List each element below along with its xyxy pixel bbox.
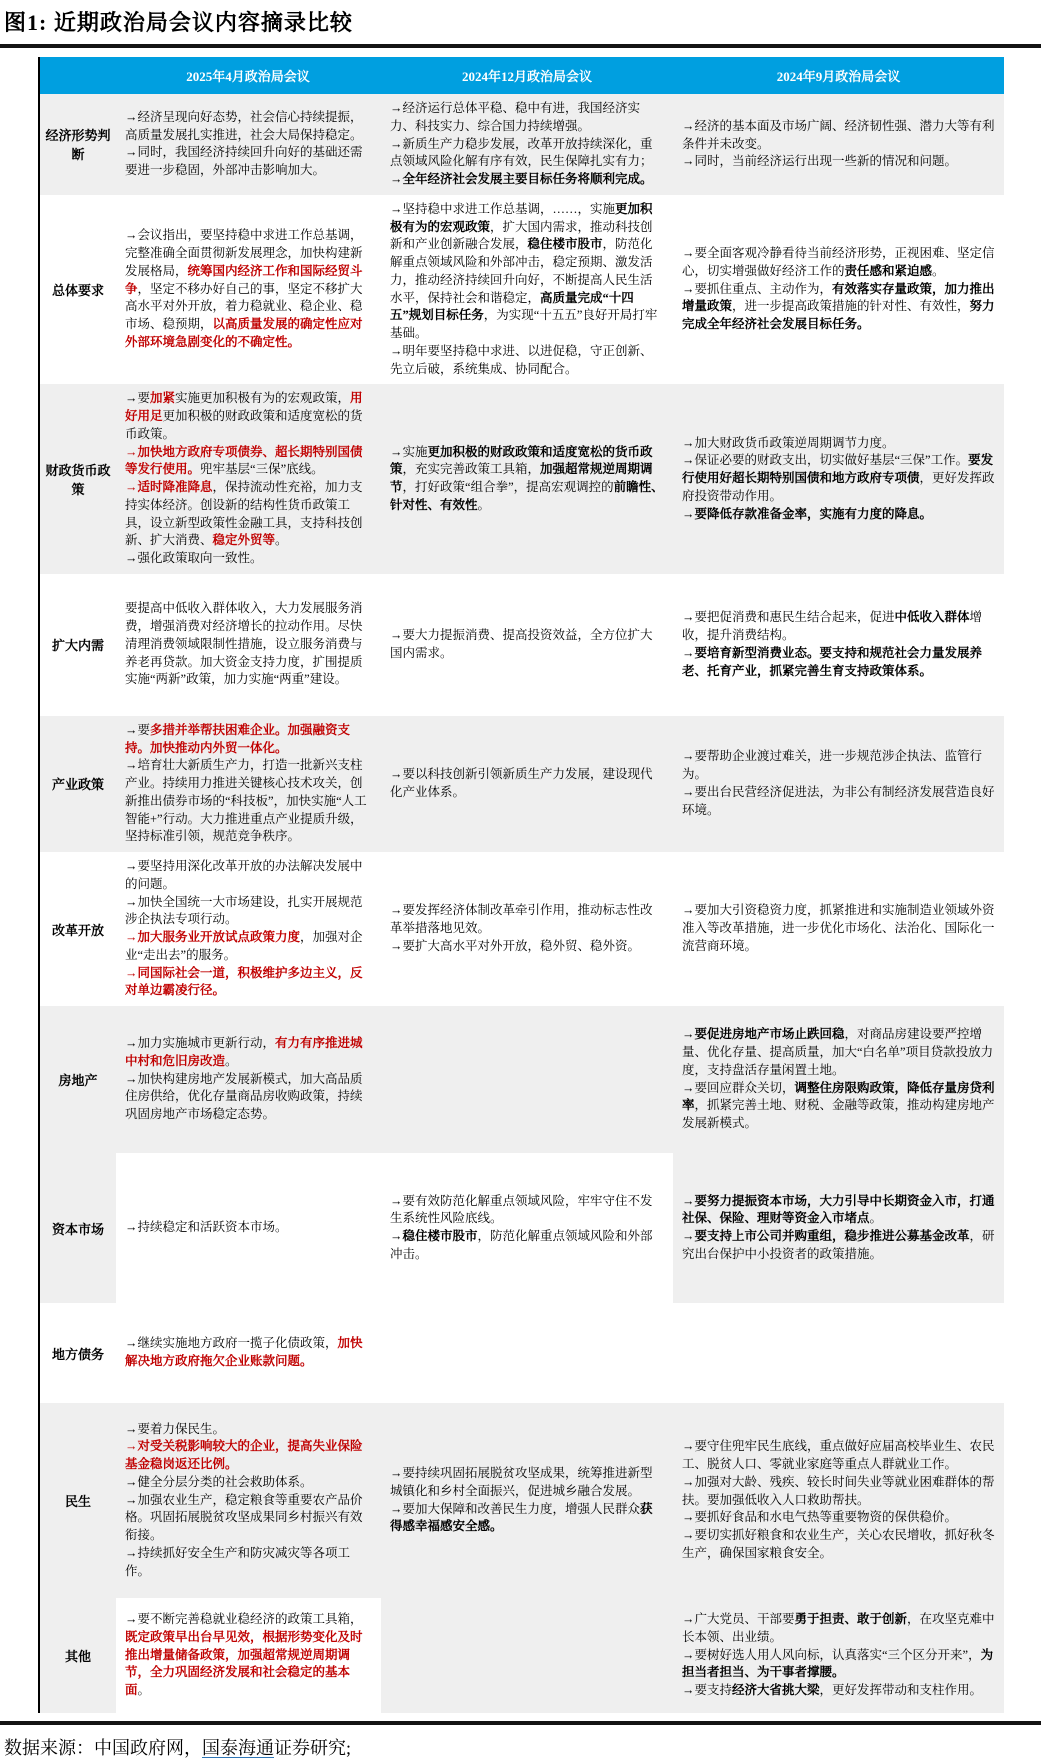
cell-col2: →要大力提振消费、提高投资效益，全方位扩大国内需求。	[381, 574, 673, 716]
cell-col3: →要守住兜牢民生底线，重点做好应届高校毕业生、农民工、脱贫人口、零就业家庭等重点…	[673, 1403, 1004, 1598]
text-segment: →同时，我国经济持续回升向好的基础还需要进一步稳固，外部冲击影响加大。	[125, 145, 363, 177]
cell-paragraph: →要以科技创新引领新质生产力发展，建设现代化产业体系。	[390, 766, 664, 802]
cell-paragraph: →要加紧实施更加积极有为的宏观政策，用好用足更加积极的财政政策和适度宽松的货币政…	[125, 390, 371, 443]
text-segment: 勇于担责、敢于创新	[795, 1612, 908, 1626]
cell-col2: →实施更加积极的财政政策和适度宽松的货币政策，充实完善政策工具箱，加强超常规逆周…	[381, 384, 673, 574]
text-segment: →要全面客观冷静看待当前经济形势，正视困难、坚定信心，切实增强做好经济工作的	[682, 246, 995, 278]
cell-paragraph: →强化政策取向一致性。	[125, 550, 371, 568]
table-row: 房地产→加力实施城市更新行动，有力有序推进城中村和危旧房改造。→加快构建房地产发…	[39, 1006, 1004, 1153]
title-divider	[0, 44, 1041, 48]
text-segment: 稳定外贸等	[213, 533, 276, 547]
text-segment: →加快构建房地产发展新模式，加大高品质住房供给，优化存量商品房收购政策，持续巩固…	[125, 1072, 363, 1122]
text-segment: →要	[125, 723, 150, 737]
text-segment: 稳住楼市股市	[528, 237, 603, 251]
cell-paragraph: →对受关税影响较大的企业，提高失业保险基金稳岗返还比例。	[125, 1438, 371, 1474]
cell-col1: →持续稳定和活跃资本市场。	[116, 1153, 381, 1303]
text-segment: →要着力保民生。	[125, 1422, 225, 1436]
text-segment: 。	[225, 1054, 238, 1068]
cell-paragraph: →经济的基本面及市场广阔、经济韧性强、潜力大等有利条件并未改变。	[682, 118, 995, 154]
text-segment: →要出台民营经济促进法，为非公有制经济发展营造良好环境。	[682, 785, 995, 817]
cell-col1: →要多措并举帮扶困难企业。加强融资支持。加快推动内外贸一体化。→培育壮大新质生产…	[116, 716, 381, 852]
cell-paragraph: →要大力提振消费、提高投资效益，全方位扩大国内需求。	[390, 627, 664, 663]
text-segment: →要促进房地产市场止跌回稳	[682, 1027, 845, 1041]
text-segment: 中低收入群体	[895, 610, 970, 624]
text-segment: →要守住兜牢民生底线，重点做好应届高校毕业生、农民工、脱贫人口、零就业家庭等重点…	[682, 1439, 995, 1471]
cell-paragraph: →要有效防范化解重点领域风险，牢牢守住不发生系统性风险底线。	[390, 1193, 664, 1229]
text-segment: 兜牢基层“三保”底线。	[200, 462, 324, 476]
text-segment: →加快全国统一大市场建设，扎实开展规范涉企执法专项行动。	[125, 895, 363, 927]
cell-paragraph: →要出台民营经济促进法，为非公有制经济发展营造良好环境。	[682, 784, 995, 820]
cell-paragraph: →加强对大龄、残疾、较长时间失业等就业困难群体的帮扶。要加强低收入人口救助帮扶。	[682, 1474, 995, 1510]
header-row: 2025年4月政治局会议 2024年12月政治局会议 2024年9月政治局会议	[39, 57, 1004, 94]
cell-paragraph: →要培育新型消费业态。要支持和规范社会力量发展养老、托育产业，抓紧完善生育支持政…	[682, 645, 995, 681]
text-segment: →要切实抓好粮食和农业生产，关心农民增收，抓好秋冬生产，确保国家粮食安全。	[682, 1528, 995, 1560]
text-segment: →明年要坚持稳中求进、以进促稳，守正创新、先立后破，系统集成、协同配合。	[390, 344, 653, 376]
cell-paragraph: →同国际社会一道，积极维护多边主义，反对单边霸凌行径。	[125, 965, 371, 1001]
cell-paragraph: →要抓好食品和水电气热等重要物资的保供稳价。	[682, 1509, 995, 1527]
cell-paragraph: →要帮助企业渡过难关，进一步规范涉企执法、监管行为。	[682, 748, 995, 784]
cell-col1: →继续实施地方政府一揽子化债政策，加快解决地方政府拖欠企业账款问题。	[116, 1303, 381, 1403]
row-label: 其他	[39, 1598, 116, 1713]
text-segment: →广大党员、干部要	[682, 1612, 795, 1626]
cell-paragraph: →要坚持用深化改革开放的办法解决发展中的问题。	[125, 858, 371, 894]
col-header-2025-04: 2025年4月政治局会议	[116, 57, 381, 94]
text-segment: →经济呈现向好态势，社会信心持续提振，高质量发展扎实推进，社会大局保持稳定。	[125, 110, 363, 142]
cell-paragraph: →要回应群众关切，调整住房限购政策，降低存量房贷利率，抓紧完善土地、财税、金融等…	[682, 1080, 995, 1133]
cell-paragraph: →要加大保障和改善民生力度，增强人民群众获得感幸福感安全感。	[390, 1501, 664, 1537]
cell-paragraph: →加大服务业开放试点政策力度，加强对企业“走出去”的服务。	[125, 929, 371, 965]
cell-paragraph: →要守住兜牢民生底线，重点做好应届高校毕业生、农民工、脱贫人口、零就业家庭等重点…	[682, 1438, 995, 1474]
text-segment: ，更好发挥带动和支柱作用。	[820, 1683, 983, 1697]
text-segment: →同时，当前经济运行出现一些新的情况和问题。	[682, 154, 957, 168]
cell-paragraph: →要抓住重点、主动作为，有效落实存量政策，加力推出增量政策，进一步提高政策措施的…	[682, 281, 995, 334]
cell-col3: →经济的基本面及市场广阔、经济韧性强、潜力大等有利条件并未改变。→同时，当前经济…	[673, 94, 1004, 195]
text-segment: →要加大保障和改善民生力度，增强人民群众	[390, 1502, 640, 1516]
row-label: 民生	[39, 1403, 116, 1598]
cell-col3: →要加大引资稳资力度，抓紧推进和实施制造业领域外资准入等改革措施，进一步优化市场…	[673, 852, 1004, 1006]
text-segment: →同国际社会一道，积极维护多边主义，反对单边霸凌行径。	[125, 966, 363, 998]
text-segment: →加大财政货币政策逆周期调节力度。	[682, 436, 895, 450]
text-segment: →适时降准降息	[125, 480, 213, 494]
text-segment: →要树好选人用人风向标，认真落实“三个区分开来”，	[682, 1648, 981, 1662]
cell-paragraph: →加快地方政府专项债券、超长期特别国债等发行使用。兜牢基层“三保”底线。	[125, 444, 371, 480]
cell-col2	[381, 1598, 673, 1713]
cell-col2: →要以科技创新引领新质生产力发展，建设现代化产业体系。	[381, 716, 673, 852]
cell-paragraph: 要提高中低收入群体收入，大力发展服务消费，增强消费对经济增长的拉动作用。尽快清理…	[125, 600, 371, 689]
text-segment: →要大力提振消费、提高投资效益，全方位扩大国内需求。	[390, 628, 653, 660]
cell-col1: →要坚持用深化改革开放的办法解决发展中的问题。→加快全国统一大市场建设，扎实开展…	[116, 852, 381, 1006]
cell-paragraph: →继续实施地方政府一揽子化债政策，加快解决地方政府拖欠企业账款问题。	[125, 1335, 371, 1371]
text-segment: →要坚持用深化改革开放的办法解决发展中的问题。	[125, 859, 363, 891]
cell-col1: →要着力保民生。→对受关税影响较大的企业，提高失业保险基金稳岗返还比例。→健全分…	[116, 1403, 381, 1598]
cell-paragraph: →要把促消费和惠民生结合起来，促进中低收入群体增收，提升消费结构。	[682, 609, 995, 645]
table-row: 经济形势判断→经济呈现向好态势，社会信心持续提振，高质量发展扎实推进，社会大局保…	[39, 94, 1004, 195]
cell-paragraph: →经济呈现向好态势，社会信心持续提振，高质量发展扎实推进，社会大局保持稳定。	[125, 109, 371, 145]
cell-col3: →要全面客观冷静看待当前经济形势，正视困难、坚定信心，切实增强做好经济工作的责任…	[673, 195, 1004, 385]
cell-paragraph: →加快构建房地产发展新模式，加大高品质住房供给，优化存量商品房收购政策，持续巩固…	[125, 1071, 371, 1124]
text-segment: →持续抓好安全生产和防灾减灾等各项工作。	[125, 1546, 350, 1578]
text-segment: →实施	[390, 445, 428, 459]
table-row: 产业政策→要多措并举帮扶困难企业。加强融资支持。加快推动内外贸一体化。→培育壮大…	[39, 716, 1004, 852]
text-segment: 责任感和紧迫感	[845, 264, 933, 278]
cell-paragraph: →同时，当前经济运行出现一些新的情况和问题。	[682, 153, 995, 171]
text-segment: →要帮助企业渡过难关，进一步规范涉企执法、监管行为。	[682, 749, 982, 781]
table-row: 扩大内需要提高中低收入群体收入，大力发展服务消费，增强消费对经济增长的拉动作用。…	[39, 574, 1004, 716]
cell-col2: →要有效防范化解重点领域风险，牢牢守住不发生系统性风险底线。→稳住楼市股市，防范…	[381, 1153, 673, 1303]
text-segment: →要抓住重点、主动作为，	[682, 282, 832, 296]
cell-col2	[381, 1303, 673, 1403]
cell-col1: 要提高中低收入群体收入，大力发展服务消费，增强消费对经济增长的拉动作用。尽快清理…	[116, 574, 381, 716]
cell-paragraph: →稳住楼市股市，防范化解重点领域风险和外部冲击。	[390, 1228, 664, 1264]
row-label: 改革开放	[39, 852, 116, 1006]
col-header-2024-09: 2024年9月政治局会议	[673, 57, 1004, 94]
text-segment: →保证必要的财政支出，切实做好基层“三保”工作。	[682, 453, 968, 467]
table-row: 财政货币政策→要加紧实施更加积极有为的宏观政策，用好用足更加积极的财政政策和适度…	[39, 384, 1004, 574]
cell-paragraph: →经济运行总体平稳、稳中有进，我国经济实力、科技实力、综合国力持续增强。	[390, 100, 664, 136]
data-source-link[interactable]: 国泰海通	[202, 1738, 274, 1758]
figure-title: 图1: 近期政治局会议内容摘录比较	[4, 6, 1041, 37]
cell-col1: →经济呈现向好态势，社会信心持续提振，高质量发展扎实推进，社会大局保持稳定。→同…	[116, 94, 381, 195]
row-label: 地方债务	[39, 1303, 116, 1403]
row-label: 资本市场	[39, 1153, 116, 1303]
text-segment: →要降低存款准备金率，实施有力度的降息。	[682, 507, 932, 521]
cell-paragraph: →加强农业生产，稳定粮食等重要农产品价格。巩固拓展脱贫攻坚成果同乡村振兴有效衔接…	[125, 1492, 371, 1545]
header-corner-cell	[39, 57, 116, 94]
text-segment: →要支持	[682, 1683, 732, 1697]
table-row: 总体要求→会议指出，要坚持稳中求进工作总基调，完整准确全面贯彻新发展理念，加快构…	[39, 195, 1004, 385]
table-row: 其他→要不断完善稳就业稳经济的政策工具箱，既定政策早出台早见效，根据形势变化及时…	[39, 1598, 1004, 1713]
data-source-note: 数据来源：中国政府网，国泰海通证券研究;	[4, 1734, 1041, 1760]
text-segment: ，进一步提高政策措施的针对性、有效性，	[732, 299, 970, 313]
row-label: 扩大内需	[39, 574, 116, 716]
text-segment: →经济的基本面及市场广阔、经济韧性强、潜力大等有利条件并未改变。	[682, 119, 995, 151]
text-segment: →坚持稳中求进工作总基调，……，实施	[390, 202, 615, 216]
text-segment: →要抓好食品和水电气热等重要物资的保供稳价。	[682, 1510, 957, 1524]
cell-paragraph: →要切实抓好粮食和农业生产，关心农民增收，抓好秋冬生产，确保国家粮食安全。	[682, 1527, 995, 1563]
text-segment: →加强农业生产，稳定粮食等重要农产品价格。巩固拓展脱贫攻坚成果同乡村振兴有效衔接…	[125, 1493, 363, 1543]
text-segment: →要发挥经济体制改革牵引作用，推动标志性改革举措落地见效。	[390, 903, 653, 935]
text-segment: 加紧	[150, 391, 175, 405]
report-figure-page: 图1: 近期政治局会议内容摘录比较 2025年4月政治局会议 2024年12月政…	[0, 0, 1041, 1760]
cell-col1: →要加紧实施更加积极有为的宏观政策，用好用足更加积极的财政政策和适度宽松的货币政…	[116, 384, 381, 574]
cell-col1: →会议指出，要坚持稳中求进工作总基调，完整准确全面贯彻新发展理念，加快构建新发展…	[116, 195, 381, 385]
cell-paragraph: →要支持上市公司并购重组，稳步推进公募基金改革，研究出台保护中小投资者的政策措施…	[682, 1228, 995, 1264]
cell-col3: →加大财政货币政策逆周期调节力度。→保证必要的财政支出，切实做好基层“三保”工作…	[673, 384, 1004, 574]
cell-paragraph: →要树好选人用人风向标，认真落实“三个区分开来”，为担当者担当、为干事者撑腰。	[682, 1647, 995, 1683]
cell-paragraph: →适时降准降息，保持流动性充裕，加力支持实体经济。创设新的结构性货币政策工具，设…	[125, 479, 371, 550]
table-row: 地方债务→继续实施地方政府一揽子化债政策，加快解决地方政府拖欠企业账款问题。	[39, 1303, 1004, 1403]
text-segment: 。	[138, 1683, 151, 1697]
cell-paragraph: →要多措并举帮扶困难企业。加强融资支持。加快推动内外贸一体化。	[125, 722, 371, 758]
cell-paragraph: →要促进房地产市场止跌回稳，对商品房建设要严控增量、优化存量、提高质量，加大“白…	[682, 1026, 995, 1079]
cell-col1: →要不断完善稳就业稳经济的政策工具箱，既定政策早出台早见效，根据形势变化及时推出…	[116, 1598, 381, 1713]
text-segment: →强化政策取向一致性。	[125, 551, 263, 565]
text-segment: →稳住楼市股市	[390, 1229, 478, 1243]
cell-paragraph: →要加大引资稳资力度，抓紧推进和实施制造业领域外资准入等改革措施，进一步优化市场…	[682, 902, 995, 955]
cell-paragraph: →明年要坚持稳中求进、以进促稳，守正创新、先立后破，系统集成、协同配合。	[390, 343, 664, 379]
cell-col3: →要把促消费和惠民生结合起来，促进中低收入群体增收，提升消费结构。→要培育新型消…	[673, 574, 1004, 716]
text-segment: 。	[275, 533, 288, 547]
cell-col3: →广大党员、干部要勇于担责、敢于创新，在攻坚克难中长本领、出业绩。→要树好选人用…	[673, 1598, 1004, 1713]
text-segment: →经济运行总体平稳、稳中有进，我国经济实力、科技实力、综合国力持续增强。	[390, 101, 640, 133]
text-segment: →对受关税影响较大的企业，提高失业保险基金稳岗返还比例。	[125, 1439, 363, 1471]
text-segment: →要	[125, 391, 150, 405]
table-body: 经济形势判断→经济呈现向好态势，社会信心持续提振，高质量发展扎实推进，社会大局保…	[39, 94, 1004, 1713]
text-segment: 要提高中低收入群体收入，大力发展服务消费，增强消费对经济增长的拉动作用。尽快清理…	[125, 601, 363, 686]
text-segment: →要把促消费和惠民生结合起来，促进	[682, 610, 895, 624]
cell-paragraph: →要努力提振资本市场，大力引导中长期资金入市，打通社保、保险、理财等资金入市堵点…	[682, 1193, 995, 1229]
cell-paragraph: →要发挥经济体制改革牵引作用，推动标志性改革举措落地见效。	[390, 902, 664, 938]
text-segment: →健全分层分类的社会救助体系。	[125, 1475, 313, 1489]
text-segment: 。	[478, 498, 491, 512]
row-label: 财政货币政策	[39, 384, 116, 574]
text-segment: →要支持上市公司并购重组，稳步推进公募基金改革	[682, 1229, 970, 1243]
cell-col3	[673, 1303, 1004, 1403]
cell-col3: →要帮助企业渡过难关，进一步规范涉企执法、监管行为。→要出台民营经济促进法，为非…	[673, 716, 1004, 852]
text-segment: →加力实施城市更新行动，	[125, 1036, 275, 1050]
cell-paragraph: →全年经济社会发展主要目标任务将顺利完成。	[390, 171, 664, 189]
text-segment: 既定政策早出台早见效，根据形势变化及时推出增量储备政策，加强超常规逆周期调节，全…	[125, 1630, 363, 1697]
text-segment: ，充实完善政策工具箱，	[403, 462, 541, 476]
cell-paragraph: →要扩大高水平对外开放，稳外贸、稳外资。	[390, 938, 664, 956]
text-segment: →继续实施地方政府一揽子化债政策，	[125, 1336, 338, 1350]
row-label: 产业政策	[39, 716, 116, 852]
cell-col3: →要促进房地产市场止跌回稳，对商品房建设要严控增量、优化存量、提高质量，加大“白…	[673, 1006, 1004, 1153]
text-segment: →要有效防范化解重点领域风险，牢牢守住不发生系统性风险底线。	[390, 1194, 653, 1226]
cell-paragraph: →保证必要的财政支出，切实做好基层“三保”工作。要发行使用好超长期特别国债和地方…	[682, 452, 995, 505]
text-segment: →要不断完善稳就业稳经济的政策工具箱，	[125, 1612, 363, 1626]
cell-col3: →要努力提振资本市场，大力引导中长期资金入市，打通社保、保险、理财等资金入市堵点…	[673, 1153, 1004, 1303]
row-label: 总体要求	[39, 195, 116, 385]
text-segment: ，抓紧完善土地、财税、金融等政策，推动构建房地产发展新模式。	[682, 1098, 995, 1130]
footer-divider	[0, 1721, 1041, 1725]
cell-col2: →要持续巩固拓展脱贫攻坚成果，统筹推进新型城镇化和乡村全面振兴，促进城乡融合发展…	[381, 1403, 673, 1598]
cell-col2: →要发挥经济体制改革牵引作用，推动标志性改革举措落地见效。→要扩大高水平对外开放…	[381, 852, 673, 1006]
table-row: 改革开放→要坚持用深化改革开放的办法解决发展中的问题。→加快全国统一大市场建设，…	[39, 852, 1004, 1006]
cell-paragraph: →实施更加积极的财政政策和适度宽松的货币政策，充实完善政策工具箱，加强超常规逆周…	[390, 444, 664, 515]
cell-paragraph: →加快全国统一大市场建设，扎实开展规范涉企执法专项行动。	[125, 894, 371, 930]
text-segment: 实施更加积极有为的宏观政策，	[175, 391, 350, 405]
cell-paragraph: →持续稳定和活跃资本市场。	[125, 1219, 371, 1237]
cell-paragraph: →会议指出，要坚持稳中求进工作总基调，完整准确全面贯彻新发展理念，加快构建新发展…	[125, 227, 371, 351]
table-header: 2025年4月政治局会议 2024年12月政治局会议 2024年9月政治局会议	[39, 57, 1004, 94]
text-segment: →新质生产力稳步发展，改革开放持续深化，重点领域风险化解有序有效，民生保障扎实有…	[390, 137, 653, 169]
cell-col2: →坚持稳中求进工作总基调，……，实施更加积极有为的宏观政策，扩大国内需求，推动科…	[381, 195, 673, 385]
cell-paragraph: →加大财政货币政策逆周期调节力度。	[682, 435, 995, 453]
text-segment: →加强对大龄、残疾、较长时间失业等就业困难群体的帮扶。要加强低收入人口救助帮扶。	[682, 1475, 995, 1507]
text-segment: →要努力提振资本市场，大力引导中长期资金入市，打通社保、保险、理财等资金入市堵点	[682, 1194, 995, 1226]
cell-paragraph: →要持续巩固拓展脱贫攻坚成果，统筹推进新型城镇化和乡村全面振兴，促进城乡融合发展…	[390, 1465, 664, 1501]
cell-paragraph: →培育壮大新质生产力，打造一批新兴支柱产业。持续用力推进关键核心技术攻关，创新推…	[125, 757, 371, 846]
cell-paragraph: →要全面客观冷静看待当前经济形势，正视困难、坚定信心，切实增强做好经济工作的责任…	[682, 245, 995, 281]
cell-col1: →加力实施城市更新行动，有力有序推进城中村和危旧房改造。→加快构建房地产发展新模…	[116, 1006, 381, 1153]
text-segment: 。	[932, 264, 945, 278]
text-segment: 经济大省挑大梁	[732, 1683, 820, 1697]
cell-paragraph: →坚持稳中求进工作总基调，……，实施更加积极有为的宏观政策，扩大国内需求，推动科…	[390, 201, 664, 343]
cell-paragraph: →要着力保民生。	[125, 1421, 371, 1439]
text-segment: →培育壮大新质生产力，打造一批新兴支柱产业。持续用力推进关键核心技术攻关，创新推…	[125, 758, 367, 843]
row-label: 房地产	[39, 1006, 116, 1153]
data-source-prefix: 数据来源：中国政府网，	[4, 1738, 202, 1758]
text-segment: 多措并举帮扶困难企业。加强融资支持。加快推动内外贸一体化。	[125, 723, 350, 755]
cell-paragraph: →加力实施城市更新行动，有力有序推进城中村和危旧房改造。	[125, 1035, 371, 1071]
cell-paragraph: →要降低存款准备金率，实施有力度的降息。	[682, 506, 995, 524]
cell-paragraph: →广大党员、干部要勇于担责、敢于创新，在攻坚克难中长本领、出业绩。	[682, 1611, 995, 1647]
cell-col2: →经济运行总体平稳、稳中有进，我国经济实力、科技实力、综合国力持续增强。→新质生…	[381, 94, 673, 195]
text-segment: 。	[870, 1211, 883, 1225]
text-segment: →要扩大高水平对外开放，稳外贸、稳外资。	[390, 939, 640, 953]
text-segment: →持续稳定和活跃资本市场。	[125, 1220, 288, 1234]
cell-paragraph: →同时，我国经济持续回升向好的基础还需要进一步稳固，外部冲击影响加大。	[125, 144, 371, 180]
cell-paragraph: →要支持经济大省挑大梁，更好发挥带动和支柱作用。	[682, 1682, 995, 1700]
text-segment: →要以科技创新引领新质生产力发展，建设现代化产业体系。	[390, 767, 653, 799]
row-label: 经济形势判断	[39, 94, 116, 195]
data-source-suffix: 证券研究;	[274, 1738, 351, 1758]
col-header-2024-12: 2024年12月政治局会议	[381, 57, 673, 94]
text-segment: →要持续巩固拓展脱贫攻坚成果，统筹推进新型城镇化和乡村全面振兴，促进城乡融合发展…	[390, 1466, 653, 1498]
cell-col2	[381, 1006, 673, 1153]
text-segment: →要回应群众关切，	[682, 1081, 795, 1095]
text-segment: →要培育新型消费业态。要支持和规范社会力量发展养老、托育产业，抓紧完善生育支持政…	[682, 646, 982, 678]
cell-paragraph: →要不断完善稳就业稳经济的政策工具箱，既定政策早出台早见效，根据形势变化及时推出…	[125, 1611, 372, 1700]
text-segment: ，打好政策“组合拳”，提高宏观调控的	[403, 480, 614, 494]
table-row: 资本市场→持续稳定和活跃资本市场。→要有效防范化解重点领域风险，牢牢守住不发生系…	[39, 1153, 1004, 1303]
text-segment: →加大服务业开放试点政策力度	[125, 930, 300, 944]
comparison-table: 2025年4月政治局会议 2024年12月政治局会议 2024年9月政治局会议 …	[38, 57, 1005, 1713]
cell-paragraph: →新质生产力稳步发展，改革开放持续深化，重点领域风险化解有序有效，民生保障扎实有…	[390, 136, 664, 172]
cell-paragraph: →持续抓好安全生产和防灾减灾等各项工作。	[125, 1545, 371, 1581]
table-row: 民生→要着力保民生。→对受关税影响较大的企业，提高失业保险基金稳岗返还比例。→健…	[39, 1403, 1004, 1598]
text-segment: →全年经济社会发展主要目标任务将顺利完成。	[390, 172, 653, 186]
text-segment: →要加大引资稳资力度，抓紧推进和实施制造业领域外资准入等改革措施，进一步优化市场…	[682, 903, 995, 953]
cell-paragraph: →健全分层分类的社会救助体系。	[125, 1474, 371, 1492]
